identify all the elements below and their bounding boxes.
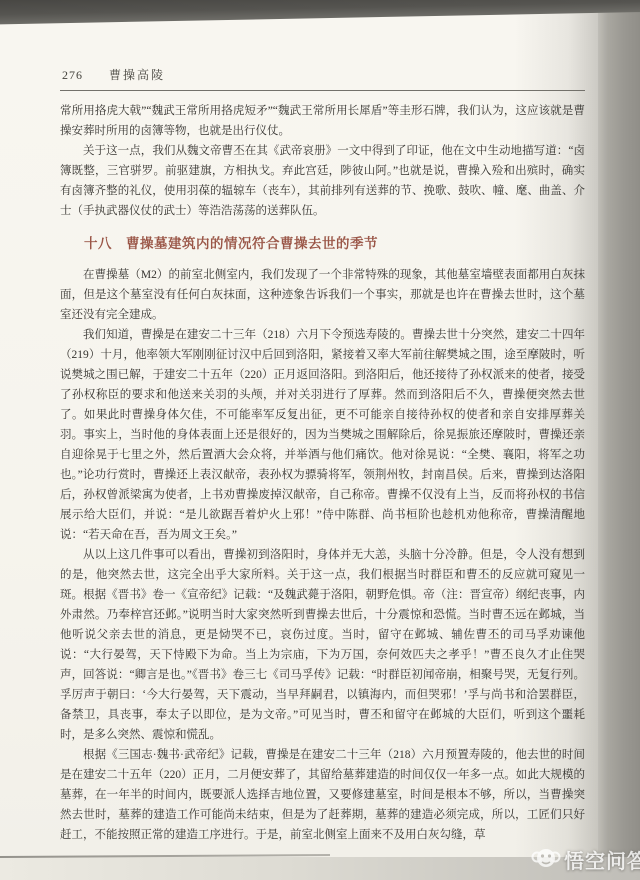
monkey-logo-icon: [531, 844, 561, 874]
watermark: 悟空问答: [531, 844, 640, 874]
paragraph: 在曹操墓（M2）的前室北侧室内，我们发现了一个非常特殊的现象，其他墓室墙壁表面都…: [60, 265, 585, 325]
paragraph: 关于这一点，我们从魏文帝曹丕在其《武帝哀册》一文中得到了印证，他在文中生动地描写…: [60, 141, 585, 221]
paragraph-continuation: 常所用挌虎大戟”“魏武王常所用挌虎短矛”“魏武王常所用长犀盾”等圭形石牌，我们认…: [60, 101, 585, 141]
book-title: 曹操高陵: [109, 68, 165, 82]
page-content: 常所用挌虎大戟”“魏武王常所用挌虎短矛”“魏武王常所用长犀盾”等圭形石牌，我们认…: [60, 101, 585, 845]
paragraph: 从以上这几件事可以看出，曹操初到洛阳时，身体并无大恙，头脑十分冷静。但是，令人没…: [60, 545, 585, 745]
page-right-edge: [594, 0, 640, 880]
book-scan: 276曹操高陵 常所用挌虎大戟”“魏武王常所用挌虎短矛”“魏武王常所用长犀盾”等…: [0, 0, 640, 880]
running-header: 276曹操高陵: [60, 12, 585, 91]
page-number: 276: [62, 68, 83, 82]
section-number: 十八: [84, 236, 112, 251]
paragraph: 根据《三国志·魏书·武帝纪》记载，曹操是在建安二十三年（218）六月预置寿陵的，…: [60, 745, 585, 845]
paragraph: 我们知道，曹操是在建安二十三年（218）六月下令预选寿陵的。曹操去世十分突然，建…: [60, 325, 585, 545]
section-title: 曹操墓建筑内的情况符合曹操去世的季节: [126, 236, 378, 251]
watermark-text: 悟空问答: [564, 845, 640, 874]
section-heading: 十八曹操墓建筑内的情况符合曹操去世的季节: [60, 234, 585, 254]
book-page: 276曹操高陵 常所用挌虎大戟”“魏武王常所用挌虎短矛”“魏武王常所用长犀盾”等…: [0, 12, 598, 858]
